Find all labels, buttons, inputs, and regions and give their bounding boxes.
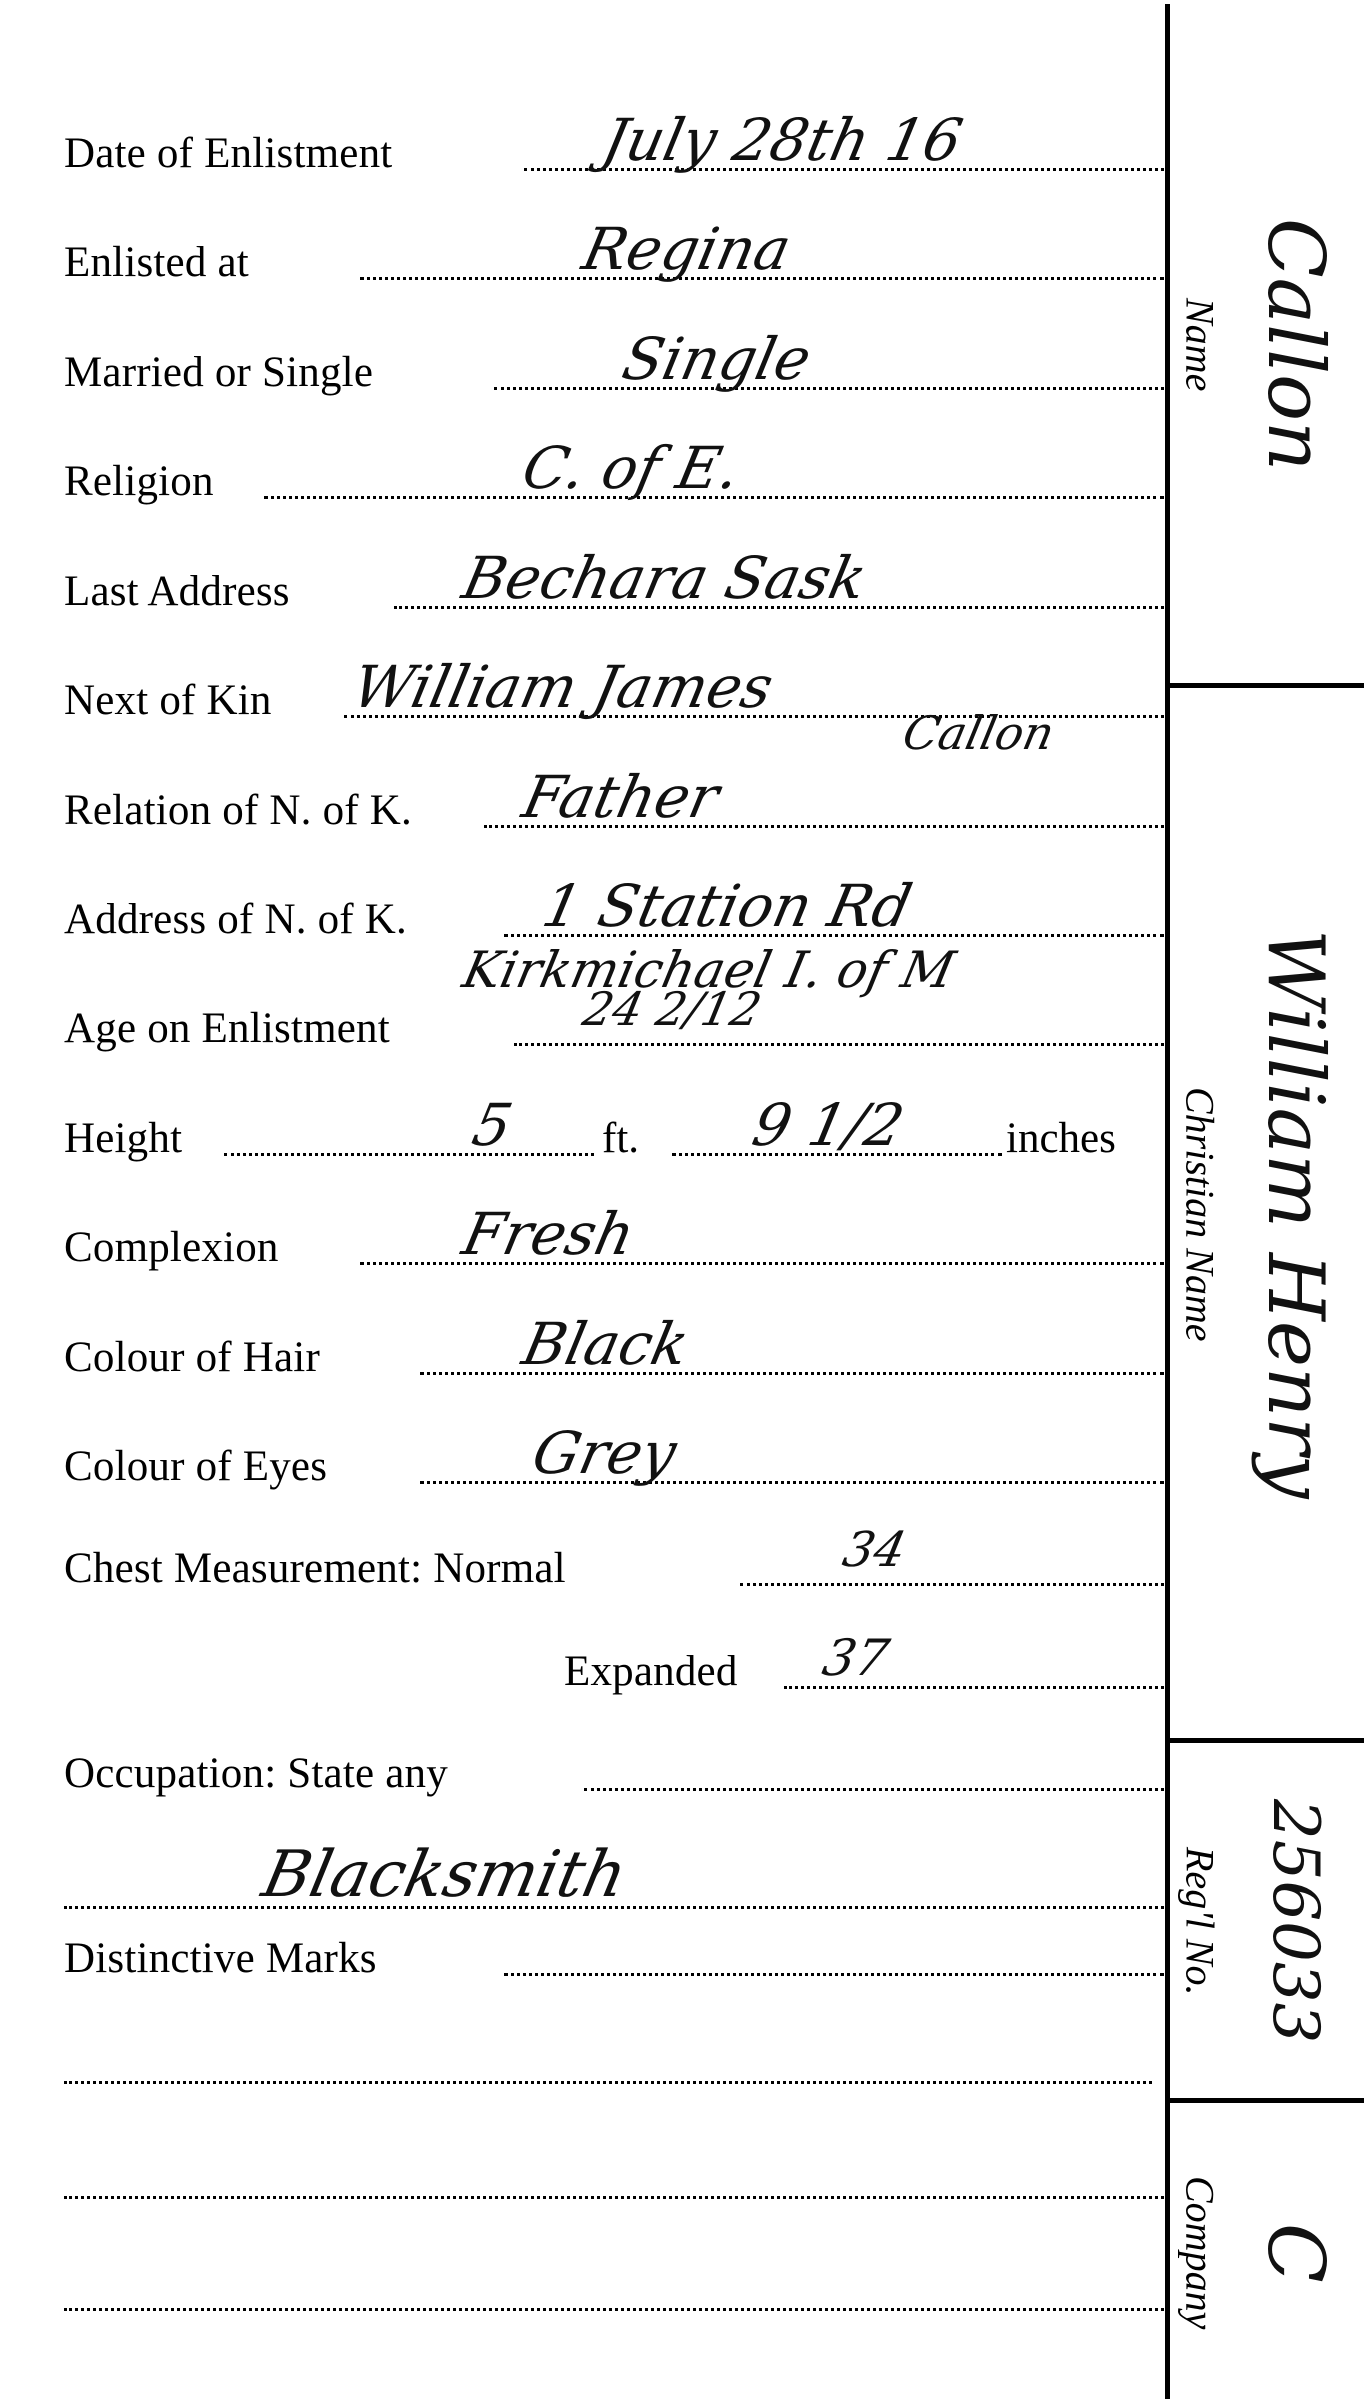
field-label: Relation of N. of K. (64, 789, 412, 832)
dotted-line (740, 1583, 1164, 1586)
field-value: Blacksmith (257, 1843, 632, 1907)
field-married-or-single: Married or Single Single (64, 334, 1164, 394)
field-complexion: Complexion Fresh (64, 1209, 1164, 1269)
field-date-of-enlistment: Date of Enlistment July 28th 16 (64, 115, 1164, 175)
divider-regimental-number (1170, 2098, 1364, 2103)
field-label: Date of Enlistment (64, 132, 392, 175)
blank-line-2 (64, 2143, 1164, 2203)
field-occupation: Occupation: State any (64, 1735, 1164, 1795)
field-value: 1 Station Rd (538, 877, 917, 935)
field-religion: Religion C. of E. (64, 443, 1164, 503)
name-value: Callon (1230, 4, 1360, 685)
field-enlisted-at: Enlisted at Regina (64, 224, 1164, 284)
field-label: Married or Single (64, 351, 373, 394)
field-address-of-next-of-kin: Address of N. of K. 1 Station Rd Kirkmic… (64, 881, 1164, 941)
name-label: Name (1178, 4, 1222, 685)
divider-name (1170, 683, 1364, 688)
field-value: Single (618, 330, 816, 388)
sidebar-company: Company C (1170, 2105, 1364, 2400)
field-chest-expanded: Expanded 37 (64, 1633, 1164, 1693)
field-label: Colour of Eyes (64, 1445, 327, 1488)
regimental-number-value: 256033 (1230, 1745, 1360, 2098)
field-value: Father (518, 768, 724, 826)
field-value: Grey (528, 1424, 681, 1482)
field-label: Occupation: State any (64, 1752, 448, 1795)
blank-line-3 (64, 2255, 1164, 2315)
feet-label: ft. (602, 1117, 639, 1160)
field-label: Chest Measurement: Normal (64, 1547, 566, 1590)
field-value: July 28th 16 (598, 111, 967, 169)
dotted-line (504, 1973, 1164, 1976)
field-value: Regina (578, 220, 796, 278)
inches-label: inches (1006, 1117, 1116, 1160)
field-label: Religion (64, 460, 214, 503)
field-relation-of-next-of-kin: Relation of N. of K. Father (64, 772, 1164, 832)
height-inches-value: 9 1/2 (748, 1096, 909, 1154)
field-last-address: Last Address Bechara Sask (64, 553, 1164, 613)
field-chest-normal: Chest Measurement: Normal 34 (64, 1530, 1164, 1590)
attestation-card: Date of Enlistment July 28th 16 Enlisted… (0, 0, 1364, 2403)
dotted-line (514, 1043, 1164, 1046)
height-feet-value: 5 (468, 1096, 517, 1154)
field-label: Last Address (64, 570, 290, 613)
field-label: Next of Kin (64, 679, 272, 722)
field-height: Height 5 ft. 9 1/2 inches (64, 1100, 1164, 1160)
company-value: C (1230, 2105, 1360, 2400)
sidebar-christian-name: Christian Name William Henry (1170, 690, 1364, 1738)
field-label: Age on Enlistment (64, 1007, 390, 1050)
field-label: Expanded (564, 1650, 738, 1693)
field-label: Distinctive Marks (64, 1937, 377, 1980)
dotted-line (64, 2196, 1164, 2199)
divider-christian-name (1170, 1738, 1364, 1743)
sidebar-regimental-number: Reg'l No. 256033 (1170, 1745, 1364, 2098)
field-age-on-enlistment: Age on Enlistment 24 2/12 (64, 990, 1164, 1050)
field-value: William James (348, 658, 778, 716)
sidebar-name: Name Callon (1170, 4, 1364, 685)
blank-line-1 (64, 2028, 1164, 2088)
field-label: Address of N. of K. (64, 898, 407, 941)
dotted-line (64, 2308, 1164, 2311)
dotted-line (64, 2081, 1152, 2084)
dotted-line (494, 387, 1164, 390)
field-value-continued: Callon (899, 710, 1058, 756)
field-label: Complexion (64, 1226, 279, 1269)
field-value: 37 (819, 1633, 893, 1683)
field-value: 24 2/12 (579, 986, 765, 1032)
field-colour-of-hair: Colour of Hair Black (64, 1319, 1164, 1379)
christian-name-label: Christian Name (1178, 690, 1222, 1738)
field-value: Black (518, 1315, 694, 1373)
dotted-line (584, 1788, 1164, 1791)
field-value: Fresh (458, 1205, 640, 1263)
dotted-line-feet (224, 1153, 594, 1156)
field-value: Bechara Sask (458, 549, 872, 607)
field-colour-of-eyes: Colour of Eyes Grey (64, 1428, 1164, 1488)
field-next-of-kin: Next of Kin William James Callon (64, 662, 1164, 722)
field-occupation-value: Blacksmith (64, 1853, 1164, 1913)
field-value: 34 (839, 1526, 910, 1574)
field-label: Colour of Hair (64, 1336, 320, 1379)
field-label: Height (64, 1117, 182, 1160)
field-distinctive-marks: Distinctive Marks (64, 1920, 1164, 1980)
christian-name-value: William Henry (1230, 690, 1360, 1738)
field-label: Enlisted at (64, 241, 249, 284)
field-value: C. of E. (518, 439, 745, 497)
regimental-number-label: Reg'l No. (1178, 1745, 1222, 2098)
company-label: Company (1178, 2105, 1222, 2400)
